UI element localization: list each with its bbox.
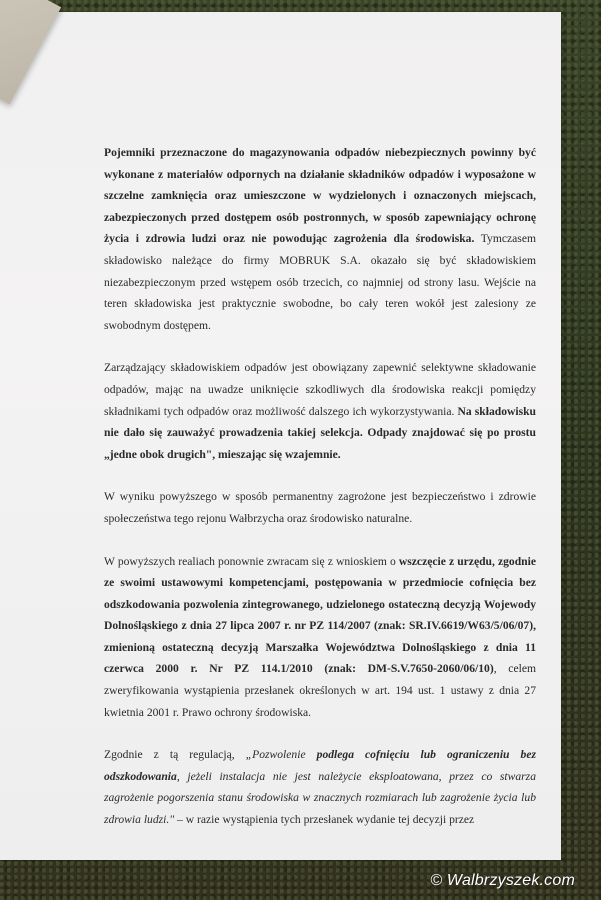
paragraph-text: Zgodnie z tą regulacją, <box>104 748 246 761</box>
paragraph-request: W powyższych realiach ponownie zwracam s… <box>104 551 536 724</box>
document-page: Pojemniki przeznaczone do magazynowania … <box>0 12 561 860</box>
folded-paper-corner <box>0 0 61 104</box>
watermark-copyright: © Walbrzyszek.com <box>430 872 575 890</box>
paragraph-regulation-quote: Zgodnie z tą regulacją, „Pozwolenie podl… <box>104 744 536 830</box>
paragraph-consequences: W wyniku powyższego w sposób permanentny… <box>104 486 536 529</box>
paragraph-text: W powyższych realiach ponownie zwracam s… <box>104 555 399 568</box>
paragraph-text: Pojemniki przeznaczone do magazynowania … <box>104 146 536 245</box>
paragraph-containers-requirements: Pojemniki przeznaczone do magazynowania … <box>104 142 536 336</box>
quote-text: „Pozwolenie <box>246 748 317 761</box>
paragraph-selective-storage: Zarządzający składowiskiem odpadów jest … <box>104 357 536 465</box>
paragraph-text: – w razie wystąpienia tych przesłanek wy… <box>174 813 474 826</box>
paragraph-text: wszczęcie z urzędu, zgodnie ze swoimi us… <box>104 555 536 676</box>
document-body: Pojemniki przeznaczone do magazynowania … <box>104 142 536 852</box>
paragraph-text: W wyniku powyższego w sposób permanentny… <box>104 490 536 525</box>
paragraph-text: Tymczasem składowisko należące do firmy … <box>104 232 536 331</box>
